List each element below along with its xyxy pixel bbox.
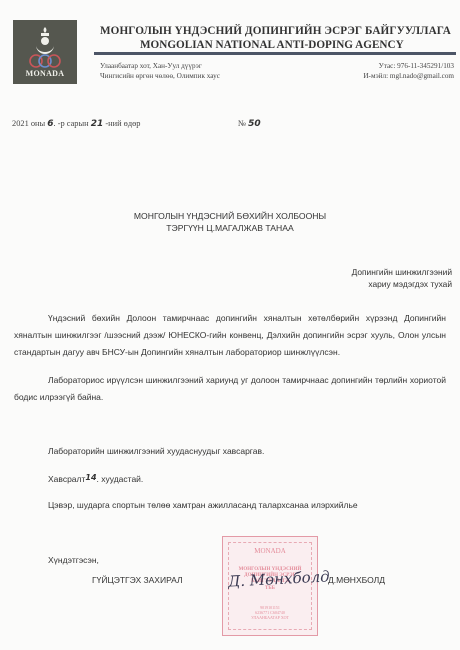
signatory-name: Д.МӨНХБОЛД <box>328 575 385 585</box>
org-name-mongolian: МОНГОЛЫН ҮНДЭСНИЙ ДОПИНГИЙН ЭСРЭГ БАЙГУУ… <box>100 25 451 37</box>
signatory-title: ГҮЙЦЭТГЭХ ЗАХИРАЛ <box>92 575 183 585</box>
attachment-count: 14 <box>85 473 96 482</box>
attachment-line: Хавсралт14. хуудастай. <box>48 473 143 484</box>
logo-text: MONADA <box>13 69 77 78</box>
address-line-1: Улаанбаатар хот, Хан-Уул дүүрэг <box>100 61 202 71</box>
date-line: 2021 оны 6. -р сарын 21 -ний өдөр <box>12 119 140 129</box>
agency-logo: MONADA <box>13 20 77 84</box>
body-paragraph-2: Лабораториос ирүүлсэн шинжилгээний хариу… <box>14 372 446 406</box>
date-day-suffix: -ний өдөр <box>105 119 140 128</box>
attachment-suffix: . хуудастай. <box>97 474 144 484</box>
subject-line-1: Допингийн шинжилгээний <box>352 266 452 278</box>
org-name-english: MONGOLIAN NATIONAL ANTI-DOPING AGENCY <box>140 39 404 51</box>
number-label: № <box>238 119 246 128</box>
addressee-line-1: МОНГОЛЫН ҮНДЭСНИЙ БӨХИЙН ХОЛБООНЫ <box>0 210 460 222</box>
email: И-мэйл: mgl.nado@gmail.com <box>363 71 454 81</box>
date-month-suffix: . -р сарын <box>54 119 89 128</box>
number-value: 50 <box>248 119 261 129</box>
date-day: 21 <box>91 119 104 129</box>
body-paragraph-5: Цэвэр, шударга спортын төлөө хамтран ажи… <box>48 500 358 510</box>
letterhead-divider <box>94 52 456 55</box>
attachment-prefix: Хавсралт <box>48 474 85 484</box>
addressee-line-2: ТЭРГҮҮН Ц.МАГАЛЖАВ ТАНАА <box>0 222 460 234</box>
stamp-title: MONADA <box>223 547 317 555</box>
body-paragraph-3: Лабораторийн шинжилгээний хуудаснуудыг х… <box>48 446 264 456</box>
address-line-2: Чингисийн өргөн чөлөө, Олимпик хаус <box>100 71 220 81</box>
closing: Хүндэтгэсэн, <box>48 555 99 565</box>
document-number: № 50 <box>238 119 261 129</box>
subject-line-2: хариу мэдэгдэх тухай <box>368 278 452 290</box>
stamp-city: УЛААНБААТАР ХОТ <box>223 615 317 620</box>
phone: Утас: 976-11-345291/103 <box>379 61 454 71</box>
body-paragraph-1: Үндэсний бөхийн Долоон тамирчнаас допинг… <box>14 310 446 361</box>
date-year: 2021 оны <box>12 119 45 128</box>
